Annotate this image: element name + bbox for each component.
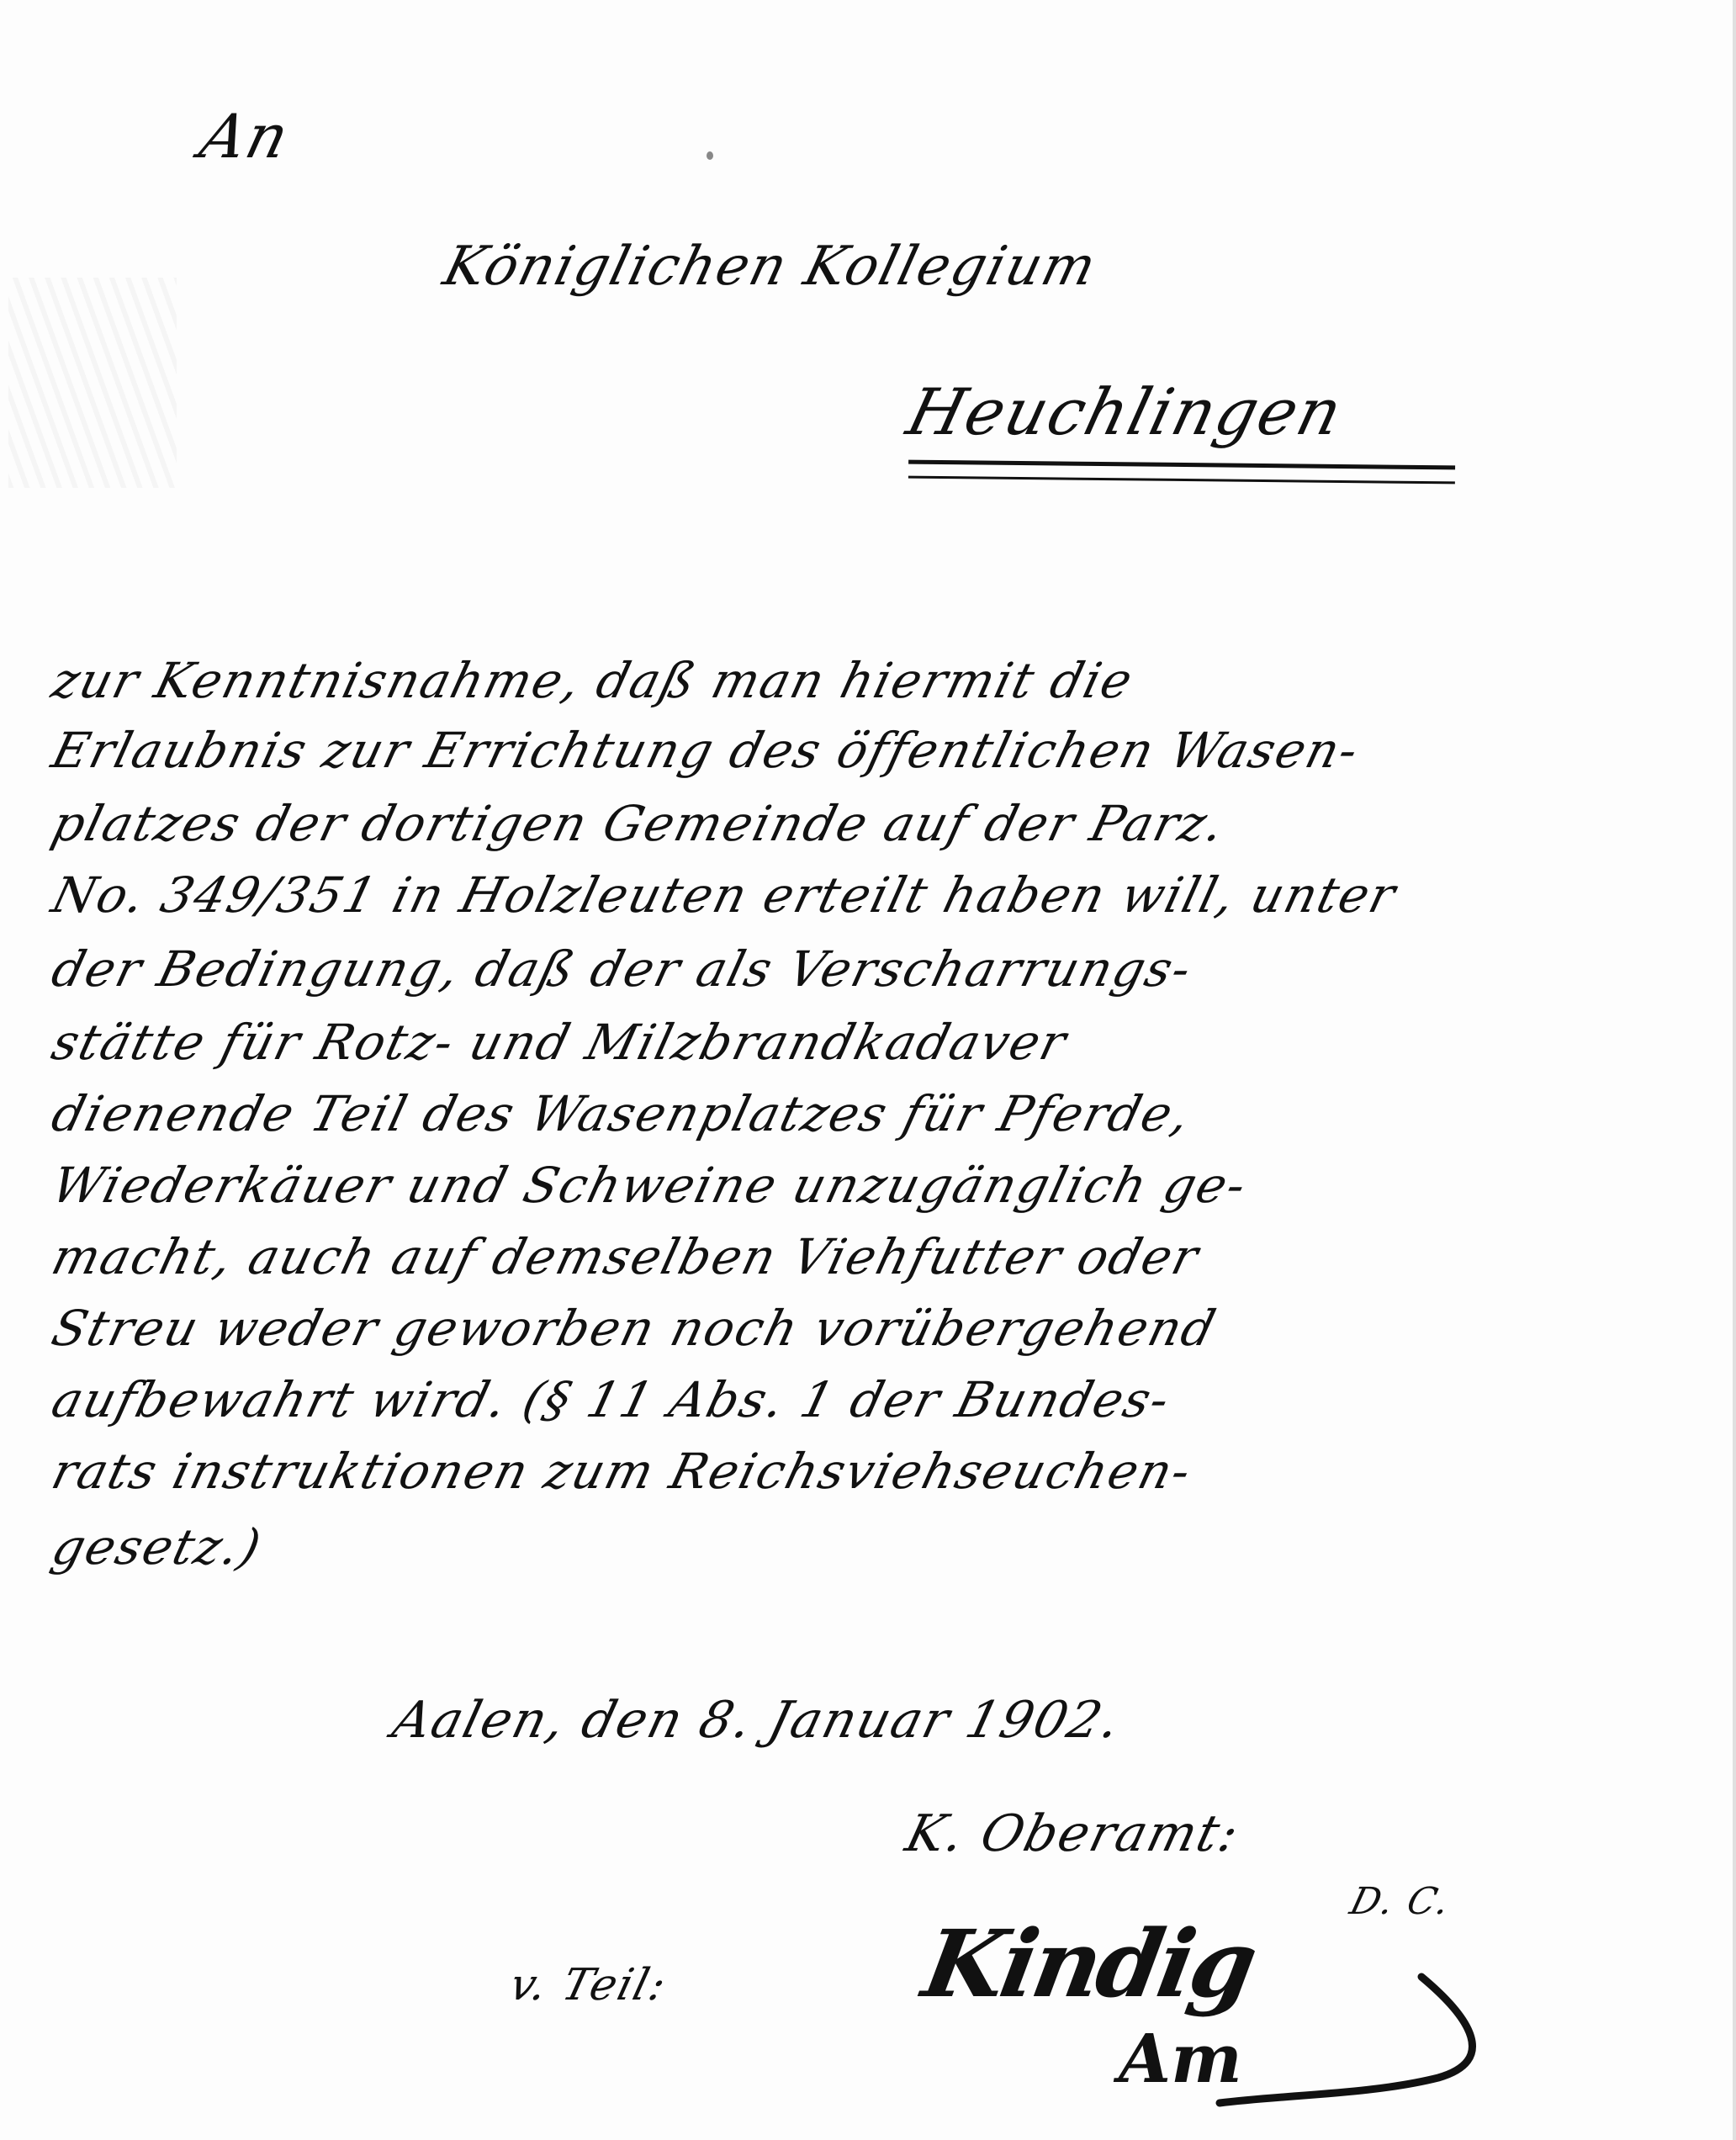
- ink-spot: [707, 151, 713, 160]
- body-line: Streu weder geworben noch vorübergehend: [46, 1300, 1223, 1357]
- body-line: der Bedingung, daß der als Verscharrungs…: [46, 940, 1199, 998]
- bleed-through-marks: [8, 278, 177, 488]
- letter-page: An Königlichen Kollegium Heuchlingen zur…: [0, 0, 1736, 2140]
- addressee-place: Heuchlingen: [900, 374, 1351, 449]
- body-line: No. 349/351 in Holzleuten erteilt haben …: [46, 866, 1402, 924]
- body-line: gesetz.): [46, 1518, 267, 1576]
- body-line: dienende Teil des Wasenplatzes für Pferd…: [46, 1085, 1197, 1142]
- page-edge: [1733, 0, 1736, 2140]
- body-line: Wiederkäuer und Schweine unzugänglich ge…: [46, 1157, 1253, 1214]
- body-line: zur Kenntnisnahme, daß man hiermit die: [46, 652, 1140, 709]
- date-line: Aalen, den 8. Januar 1902.: [387, 1691, 1127, 1750]
- body-line: macht, auch auf demselben Viehfutter ode…: [46, 1228, 1205, 1285]
- double-underline: [908, 460, 1455, 485]
- body-line: rats instruktionen zum Reichsviehseuchen…: [46, 1443, 1198, 1500]
- signature-suffix: Am: [1119, 2019, 1242, 2098]
- clerk-note: v. Teil:: [505, 1960, 672, 2010]
- addressee: Königlichen Kollegium: [437, 236, 1104, 298]
- body-line: Erlaubnis zur Errichtung des öffentliche…: [46, 722, 1365, 779]
- initials: D. C.: [1346, 1880, 1455, 1923]
- body-line: stätte für Rotz- und Milzbrandkadaver: [46, 1014, 1073, 1071]
- body-line: aufbewahrt wird. (§ 11 Abs. 1 der Bundes…: [46, 1371, 1177, 1428]
- body-line: platzes der dortigen Gemeinde auf der Pa…: [46, 795, 1231, 852]
- issuing-authority: K. Oberamt:: [900, 1804, 1246, 1863]
- salutation: An: [193, 101, 297, 172]
